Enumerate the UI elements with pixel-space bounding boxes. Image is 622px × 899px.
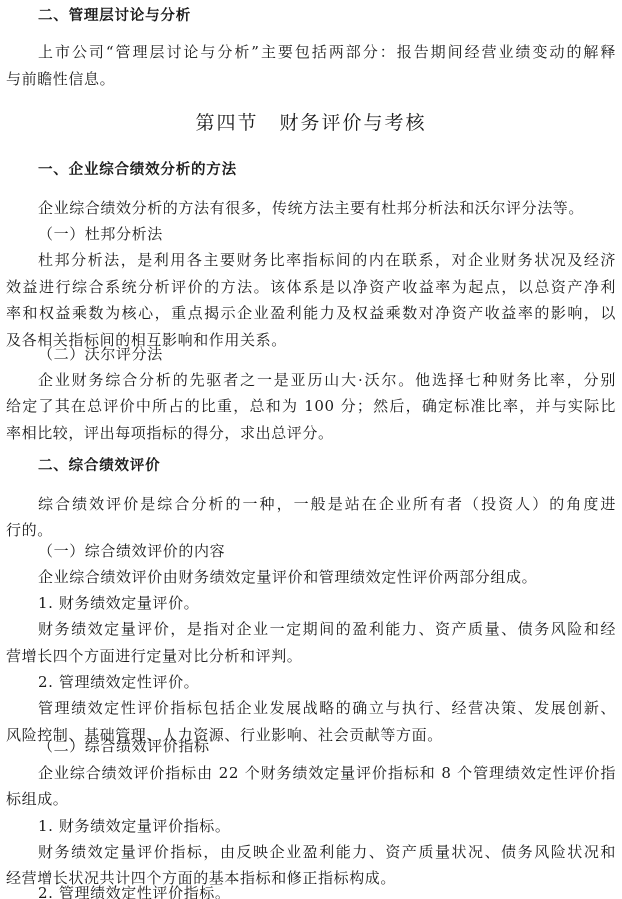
subheading-financial-indicators: 1. 财务绩效定量评价指标。	[38, 813, 616, 839]
section-title: 第四节 财务评价与考核	[0, 108, 622, 138]
paragraph-line: 综合绩效评价是综合分析的一种，一般是站在企业所有者（投资人）的角度进	[38, 491, 616, 517]
paragraph-line: 企业财务综合分析的先驱者之一是亚历山大·沃尔。他选择七种财务比率，分别	[38, 367, 616, 393]
heading-mdna: 二、管理层讨论与分析	[38, 3, 616, 29]
paragraph-line: 企业综合绩效评价由财务绩效定量评价和管理绩效定性评价两部分组成。	[38, 564, 616, 590]
subheading-wall: （二）沃尔评分法	[38, 341, 616, 367]
document-page: 二、管理层讨论与分析 上市公司“管理层讨论与分析”主要包括两部分：报告期间经营业…	[0, 0, 622, 899]
paragraph-line: 财务绩效定量评价指标，由反映企业盈利能力、资产质量状况、债务风险状况和	[38, 839, 616, 865]
subheading-management-qualitative: 2. 管理绩效定性评价。	[38, 669, 616, 695]
heading-comprehensive-evaluation: 二、综合绩效评价	[38, 453, 616, 479]
paragraph-line: 杜邦分析法，是利用各主要财务比率指标间的内在联系，对企业财务状况及经济	[38, 247, 616, 273]
heading-methods: 一、企业综合绩效分析的方法	[38, 157, 616, 183]
subheading-financial-quantitative: 1. 财务绩效定量评价。	[38, 590, 616, 616]
paragraph-line: 效益进行综合系统分析评价的方法。该体系是以净资产收益率为起点，以总资产净利	[6, 274, 616, 300]
subheading-evaluation-content: （一）综合绩效评价的内容	[38, 538, 616, 564]
subheading-dupont: （一）杜邦分析法	[38, 221, 616, 247]
subheading-evaluation-indicators: （二）综合绩效评价指标	[38, 733, 616, 759]
paragraph-line: 标组成。	[6, 786, 616, 812]
paragraph-line: 企业综合绩效分析的方法有很多，传统方法主要有杜邦分析法和沃尔评分法等。	[38, 195, 616, 221]
paragraph-line: 给定了其在总评价中所占的比重，总和为 100 分；然后，确定标准比率，并与实际比	[6, 393, 616, 419]
paragraph-line: 上市公司“管理层讨论与分析”主要包括两部分：报告期间经营业绩变动的解释	[38, 39, 616, 65]
subheading-management-indicators: 2. 管理绩效定性评价指标。	[38, 880, 616, 899]
paragraph-line: 企业综合绩效评价指标由 22 个财务绩效定量评价指标和 8 个管理绩效定性评价指	[38, 760, 616, 786]
paragraph-line: 营增长四个方面进行定量对比分析和评判。	[6, 643, 616, 669]
paragraph-line: 财务绩效定量评价，是指对企业一定期间的盈利能力、资产质量、债务风险和经	[38, 616, 616, 642]
paragraph-line: 管理绩效定性评价指标包括企业发展战略的确立与执行、经营决策、发展创新、	[38, 695, 616, 721]
paragraph-line: 率相比较，评出每项指标的得分，求出总评分。	[6, 420, 616, 446]
paragraph-line: 与前瞻性信息。	[6, 66, 616, 92]
paragraph-line: 率和权益乘数为核心，重点揭示企业盈利能力及权益乘数对净资产收益率的影响，以	[6, 300, 616, 326]
